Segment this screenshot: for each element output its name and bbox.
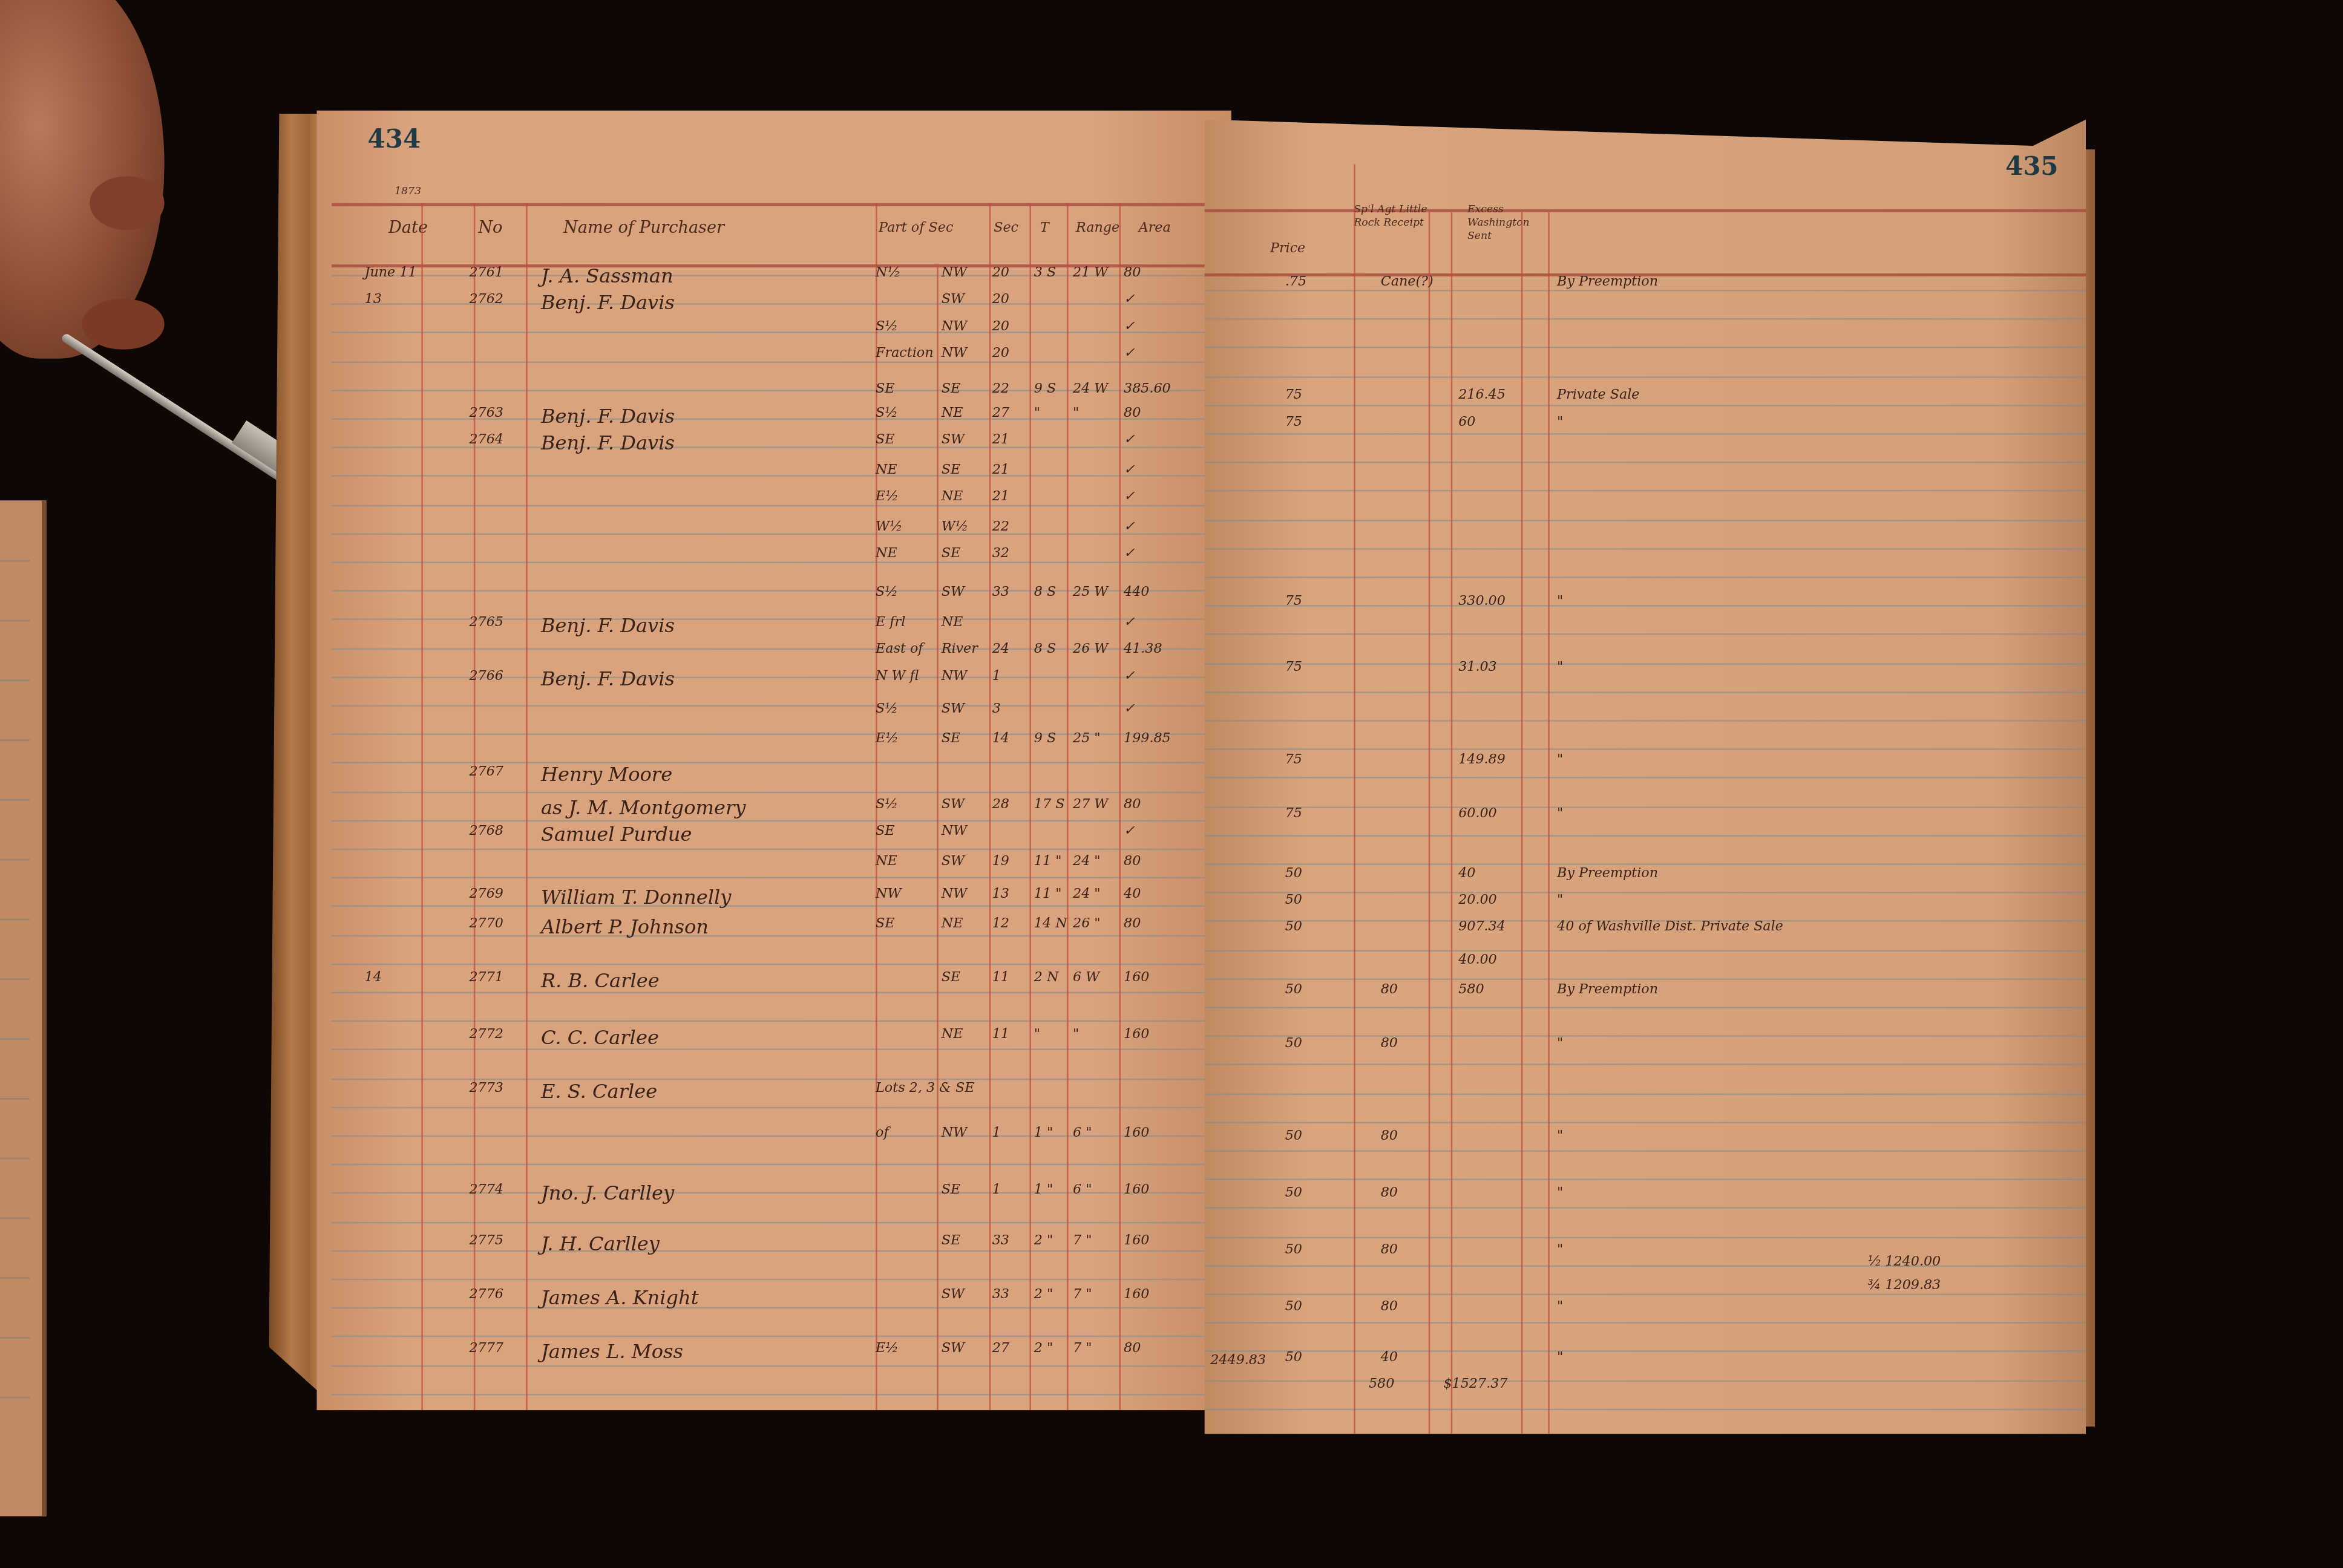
entry-twp: 17 S [1034,798,1065,813]
ruled-line [332,762,1228,763]
ruled-line [332,1193,1228,1194]
entry-sec: 21 [992,463,1009,479]
entry-part: S½ [876,798,898,813]
entry-price: 50 [1285,920,1302,935]
entry-range: 6 " [1073,1126,1092,1142]
ruled-line [1204,1322,2086,1324]
entry-quarter: NW [942,266,967,281]
entry-part: S½ [876,407,898,422]
entry-no: 2774 [469,1183,503,1198]
entry-range: 7 " [1073,1234,1092,1249]
entry-sec: 20 [992,293,1009,308]
col-no: No [478,218,502,238]
entry-sec: 27 [992,1342,1009,1357]
entry-quarter: SE [942,1183,960,1198]
entry-sec: 24 [992,642,1009,658]
entry-part: SE [876,825,894,840]
ruled-line [1204,1122,2086,1123]
entry-sec: 1 [992,1126,1001,1142]
entry-no: 2768 [469,825,503,840]
entry-twp: 1 " [1034,1183,1053,1198]
running-total: 2449.83 [1210,1353,1266,1368]
ruled-line [332,935,1228,936]
entry-name: J. A. Sassman [541,266,673,289]
entry-date: June 11 [365,266,417,281]
entry-part: N W fl [876,669,919,684]
entry-part: East of [876,642,923,658]
entry-range: 6 W [1073,971,1099,986]
entry-remark: " [1557,595,1563,610]
ruled-line [332,1393,1228,1394]
entry-no: 2769 [469,887,503,903]
ruled-line [1204,950,2086,951]
entry-area: ✓ [1124,702,1135,717]
entry-twp: 2 " [1034,1234,1053,1249]
ruled-line [332,418,1228,419]
entry-no: 2766 [469,669,503,684]
entry-quarter: W½ [942,520,968,535]
margin-note: ⅟₂ 1240.00 [1868,1255,1941,1270]
ruled-line [332,561,1228,563]
ledger-right-page: 435 Price Sp'l Agt Little Rock Receipt E… [1204,120,2086,1434]
entry-quarter: SW [942,798,965,813]
entry-name: Benj. F. Davis [541,293,675,315]
entry-name: James A. Knight [541,1288,699,1310]
ruled-line [1204,892,2086,893]
ruled-line [332,304,1228,305]
entry-part: S½ [876,319,898,335]
entry-part: W½ [876,520,902,535]
entry-name: James L. Moss [541,1342,683,1364]
entry-part: NW [876,887,901,903]
entry-twp: 8 S [1034,586,1056,601]
entry-area: ✓ [1124,319,1135,335]
ruled-line [332,1365,1228,1366]
entry-range: 25 " [1073,732,1101,747]
total-receipt: 580 [1369,1377,1394,1393]
ruled-line [332,1135,1228,1137]
page-number: 434 [367,125,421,155]
entry-sec: 20 [992,319,1009,335]
entry-part: SE [876,382,894,397]
entry-price: 75 [1285,806,1302,822]
entry-quarter: SW [942,702,965,717]
entry-receipt: 80 [1381,983,1398,998]
entry-area: 80 [1124,798,1141,813]
entry-no: 2777 [469,1342,503,1357]
entry-area: 80 [1124,854,1141,869]
photo-stage: 434 1873 Date No Name of Purchaser Part … [0,0,2343,1568]
ruled-line [1204,376,2086,377]
entry-part: NE [876,854,897,869]
entry-area: ✓ [1124,433,1135,448]
entry-price: 50 [1285,983,1302,998]
entry-price: 75 [1285,753,1302,768]
entry-range: 6 " [1073,1183,1092,1198]
col-name: Name of Purchaser [563,218,724,238]
entry-range: " [1073,407,1079,422]
entry-name: Benj. F. Davis [541,615,675,638]
ruled-line [1204,634,2086,635]
entry-name: as J. M. Montgomery [541,798,745,820]
entry-sec: 11 [992,1028,1009,1043]
entry-area: ✓ [1124,825,1135,840]
ruled-line [332,1336,1228,1338]
entry-twp: 2 " [1034,1342,1053,1357]
entry-area: 160 [1124,971,1149,986]
ruled-line [1204,720,2086,721]
ruled-line [332,1106,1228,1108]
entry-remark: " [1557,1350,1563,1365]
entry-excess: 20.00 [1458,893,1497,909]
ruled-line [332,791,1228,792]
entry-part: Lots 2, 3 & SE [876,1082,974,1097]
entry-excess: 216.45 [1458,388,1506,403]
entry-quarter: NW [942,1126,967,1142]
entry-area: 80 [1124,266,1141,281]
entry-quarter: SW [942,586,965,601]
ruled-line [332,705,1228,707]
entry-no: 2776 [469,1288,503,1303]
entry-twp: 8 S [1034,642,1056,658]
entry-range: 26 " [1073,917,1101,932]
entry-part: Fraction [876,347,933,362]
ruled-line [1204,1093,2086,1094]
entry-remark: " [1557,753,1563,768]
entry-remark: " [1557,415,1563,430]
entry-area: ✓ [1124,669,1135,684]
entry-part: NE [876,463,897,479]
entry-twp: 11 " [1034,854,1062,869]
entry-area: ✓ [1124,547,1135,562]
col-price: Price [1270,242,1305,257]
ruled-line [332,447,1228,448]
entry-price: 50 [1285,1299,1302,1315]
entry-sec: 11 [992,971,1009,986]
ruled-line [332,1307,1228,1308]
entry-sec: 22 [992,382,1009,397]
entry-remark: " [1557,893,1563,909]
entry-name: Benj. F. Davis [541,407,675,429]
entry-excess: 149.89 [1458,753,1506,768]
entry-range: 24 " [1073,887,1101,903]
col-area: Area [1139,221,1171,236]
entry-no: 2775 [469,1234,503,1249]
entry-no: 2765 [469,615,503,630]
entry-quarter: NW [942,347,967,362]
ruled-line [1204,606,2086,607]
entry-part: E½ [876,490,899,505]
entry-area: ✓ [1124,347,1135,362]
entry-sec: 19 [992,854,1009,869]
entry-area: 160 [1124,1028,1149,1043]
total-excess: $1527.37 [1443,1377,1507,1393]
entry-area: 160 [1124,1183,1149,1198]
entry-name: Benj. F. Davis [541,669,675,691]
entry-area: 160 [1124,1288,1149,1303]
entry-range: 7 " [1073,1342,1092,1357]
finger [82,299,165,350]
ruled-line [1204,749,2086,750]
entry-range: 24 W [1073,382,1108,397]
entry-sec: 33 [992,1234,1009,1249]
entry-area: 80 [1124,917,1141,932]
entry-quarter: SW [942,433,965,448]
ruled-line [1204,806,2086,807]
entry-no: 2772 [469,1028,503,1043]
entry-no: 2763 [469,407,503,422]
entry-twp: 9 S [1034,382,1056,397]
entry-sec: 33 [992,586,1009,601]
entry-quarter: SW [942,1342,965,1357]
entry-quarter: SE [942,971,960,986]
entry-quarter: SW [942,854,965,869]
entry-remark: Private Sale [1557,388,1639,403]
entry-name: Benj. F. Davis [541,433,675,456]
entry-remark: " [1557,806,1563,822]
entry-area: 40 [1124,887,1141,903]
ruled-line [1204,1207,2086,1209]
entry-part: E½ [876,1342,899,1357]
entry-excess: 40.00 [1458,953,1497,968]
entry-price: 75 [1285,388,1302,403]
entry-receipt: 40 [1381,1350,1398,1365]
entry-quarter: SE [942,382,960,397]
entry-sec: 20 [992,347,1009,362]
ruled-line [332,332,1228,333]
entry-date: 13 [365,293,382,308]
entry-no: 2762 [469,293,503,308]
entry-part: E½ [876,732,899,747]
entry-name: Albert P. Johnson [541,917,709,939]
ruled-line [1204,1179,2086,1180]
entry-quarter: SW [942,1288,965,1303]
entry-remark: By Preemption [1557,983,1658,998]
header-rule [1204,209,2086,212]
ruled-line [1204,978,2086,979]
entry-area: 440 [1124,586,1149,601]
entry-part: SE [876,917,894,932]
ruled-line [332,906,1228,907]
ruled-line [1204,491,2086,492]
entry-part: S½ [876,702,898,717]
entry-remark: By Preemption [1557,866,1658,881]
entry-receipt: 80 [1381,1299,1398,1315]
entry-quarter: SE [942,732,960,747]
entry-price: 50 [1285,1243,1302,1258]
entry-name: E. S. Carlee [541,1082,657,1104]
entry-twp: 2 " [1034,1288,1053,1303]
ruled-line [1204,318,2086,319]
entry-twp: " [1034,1028,1040,1043]
entry-excess: 907.34 [1458,920,1506,935]
entry-twp: " [1034,407,1040,422]
entry-remark: " [1557,1129,1563,1145]
entry-area: 199.85 [1124,732,1171,747]
entry-sec: 33 [992,1288,1009,1303]
entry-twp: 2 N [1034,971,1059,986]
entry-twp: 3 S [1034,266,1056,281]
entry-sec: 32 [992,547,1009,562]
entry-sec: 21 [992,433,1009,448]
ruled-line [332,533,1228,534]
entry-receipt: 80 [1381,1186,1398,1201]
entry-sec: 27 [992,407,1009,422]
ruled-line [332,361,1228,362]
entry-price: 75 [1285,660,1302,675]
entry-twp: 14 N [1034,917,1067,932]
entry-twp: 9 S [1034,732,1056,747]
entry-excess: 31.03 [1458,660,1497,675]
col-excess: Excess Washington Sent [1467,203,1551,244]
entry-remark: " [1557,1243,1563,1258]
col-range: Range [1076,221,1119,236]
ruled-line [332,877,1228,878]
entry-receipt: 80 [1381,1243,1398,1258]
entry-part: S½ [876,586,898,601]
entry-range: 27 W [1073,798,1108,813]
entry-excess: 60 [1458,415,1475,430]
ruled-line [332,1221,1228,1223]
col-part: Part of Sec [879,221,953,236]
ruled-line [1204,290,2086,291]
entry-price: 50 [1285,1129,1302,1145]
ruled-line [1204,1408,2086,1410]
entry-remark: By Preemption [1557,275,1658,290]
ruled-line [332,820,1228,821]
entry-range: 21 W [1073,266,1108,281]
entry-part: N½ [876,266,900,281]
ruled-line [1204,1150,2086,1151]
ruled-line [1204,1265,2086,1266]
entry-excess: 330.00 [1458,595,1506,610]
entry-receipt: 80 [1381,1037,1398,1052]
entry-area: 160 [1124,1126,1149,1142]
entry-quarter: SW [942,293,965,308]
entry-name: William T. Donnelly [541,887,732,910]
entry-excess: 40 [1458,866,1475,881]
entry-twp: 1 " [1034,1126,1053,1142]
ruled-line [1204,1064,2086,1065]
entry-area: 160 [1124,1234,1149,1249]
entry-area: ✓ [1124,293,1135,308]
ruled-line [332,1078,1228,1079]
ruled-line [332,1250,1228,1251]
entry-quarter: NE [942,490,963,505]
ruled-line [1204,1007,2086,1008]
ruled-line [1204,347,2086,348]
ruled-line [332,1279,1228,1280]
entry-area: 385.60 [1124,382,1171,397]
entry-price: 50 [1285,866,1302,881]
entry-quarter: NW [942,887,967,903]
entry-excess: 580 [1458,983,1484,998]
ruled-line [1204,1236,2086,1238]
entry-quarter: River [942,642,978,658]
entry-sec: 3 [992,702,1001,717]
entry-range: 25 W [1073,586,1108,601]
ruled-line [1204,777,2086,779]
ruled-line [1204,462,2086,463]
ruled-line [332,676,1228,678]
ruled-line [332,963,1228,964]
entry-remark: " [1557,1299,1563,1315]
entry-sec: 21 [992,490,1009,505]
ruled-line [332,1164,1228,1165]
entry-part: of [876,1126,889,1142]
ruled-line [1204,519,2086,520]
entry-quarter: SE [942,547,960,562]
entry-price: .75 [1285,275,1306,290]
col-sec: Sec [994,221,1018,236]
ruled-line [1204,548,2086,549]
ruled-line [332,992,1228,993]
entry-no: 2761 [469,266,503,281]
entry-part: SE [876,433,894,448]
entry-date: 14 [365,971,382,986]
adjacent-book-edge [0,500,47,1516]
entry-sec: 1 [992,669,1001,684]
entry-part: NE [876,547,897,562]
entry-sec: 20 [992,266,1009,281]
entry-receipt: 80 [1381,1129,1398,1145]
entry-remark: " [1557,1037,1563,1052]
ruled-line [1204,863,2086,864]
entry-quarter: NE [942,917,963,932]
entry-remark: " [1557,1186,1563,1201]
entry-area: ✓ [1124,520,1135,535]
entry-no: 2770 [469,917,503,932]
entry-no: 2773 [469,1082,503,1097]
entry-name: Henry Moore [541,765,672,787]
entry-remark: 40 of Washville Dist. Private Sale [1557,920,1783,935]
entry-quarter: NE [942,407,963,422]
entry-price: 75 [1285,595,1302,610]
ruled-line [1204,662,2086,664]
entry-twp: 11 " [1034,887,1062,903]
entry-price: 50 [1285,1037,1302,1052]
entry-range: " [1073,1028,1079,1043]
entry-range: 26 W [1073,642,1108,658]
entry-quarter: NE [942,615,963,630]
entry-price: 50 [1285,1186,1302,1201]
entry-range: 7 " [1073,1288,1092,1303]
entry-quarter: SE [942,1234,960,1249]
ruled-line [1204,433,2086,434]
ruled-line [1204,1294,2086,1295]
ruled-line [332,505,1228,506]
ruled-line [1204,1036,2086,1037]
margin-note: ¾ 1209.83 [1868,1279,1941,1294]
year-label: 1873 [395,185,421,197]
ruled-line [1204,577,2086,578]
header-rule [332,203,1228,206]
entry-price: 50 [1285,1350,1302,1365]
ruled-line [1204,691,2086,693]
ledger-left-page: 434 1873 Date No Name of Purchaser Part … [317,111,1231,1410]
entry-name: Jno. J. Carlley [541,1183,674,1206]
entry-area: 41.38 [1124,642,1162,658]
entry-no: 2771 [469,971,503,986]
entry-quarter: NW [942,825,967,840]
entry-price: 50 [1285,893,1302,909]
entry-name: Samuel Purdue [541,825,692,847]
ruled-line [332,619,1228,620]
ruled-line [332,475,1228,477]
entry-area: ✓ [1124,615,1135,630]
entry-sec: 12 [992,917,1009,932]
entry-range: 24 " [1073,854,1101,869]
